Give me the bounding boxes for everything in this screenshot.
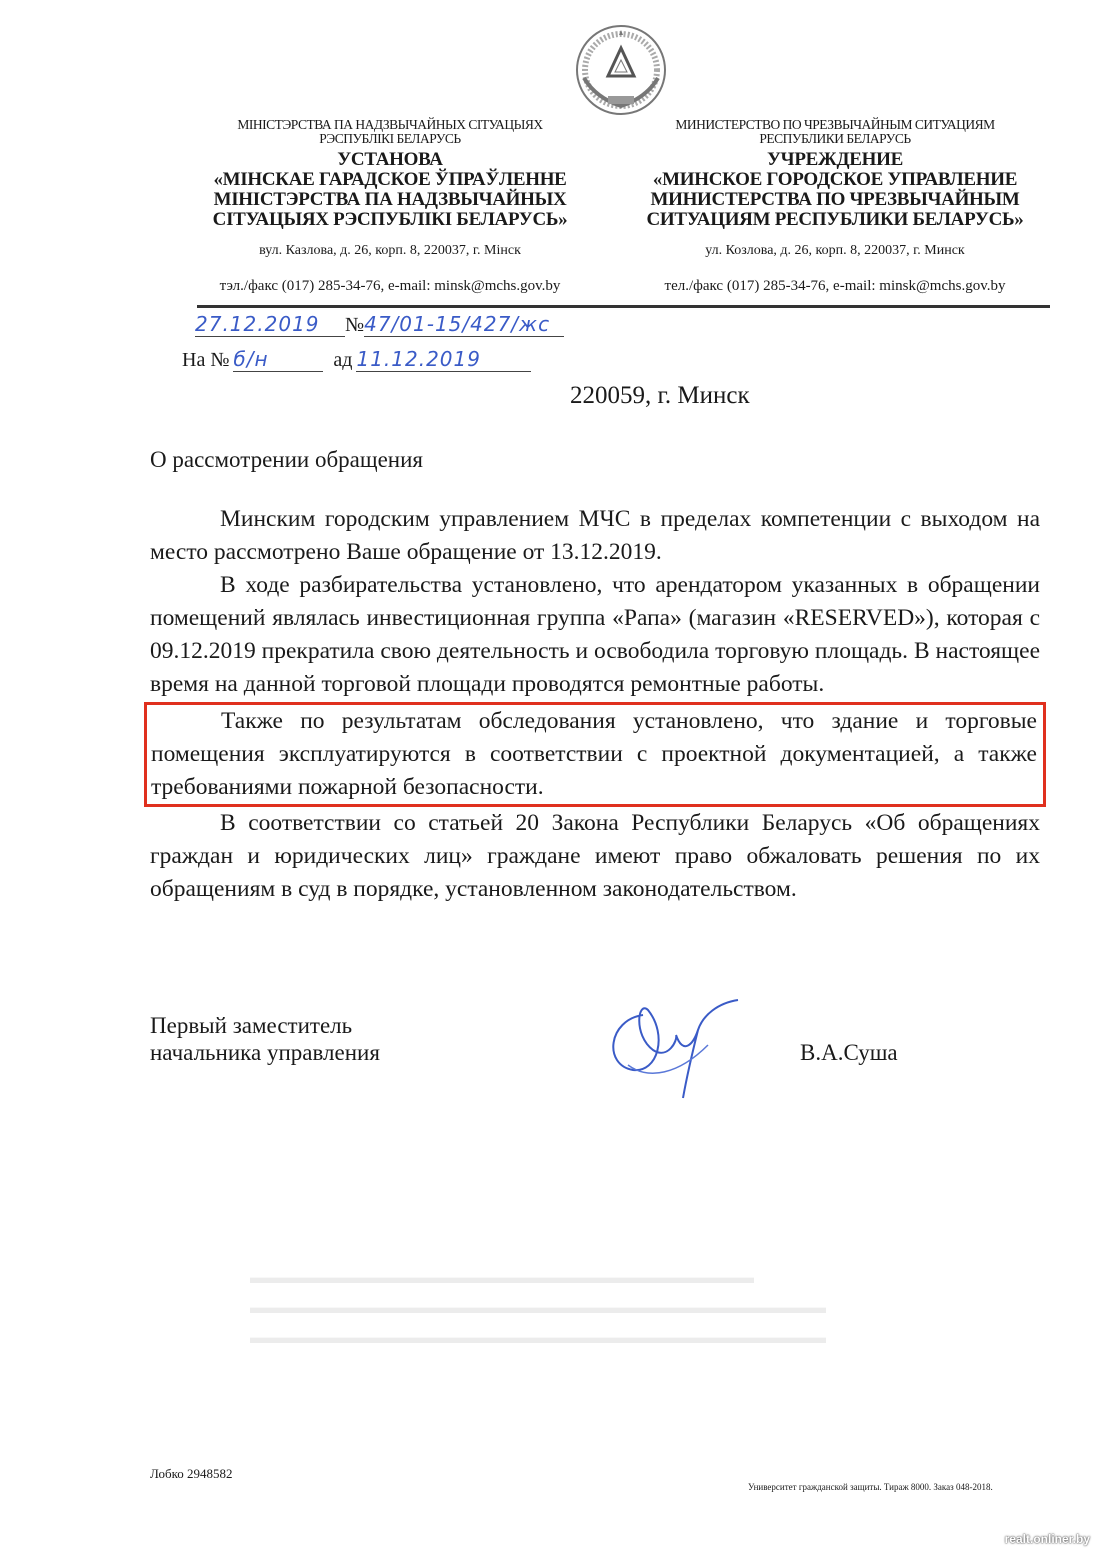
- ministry-name: МІНІСТЭРСТВА ПА НАДЗВЫЧАЙНЫХ СІТУАЦЫЯХ: [190, 118, 590, 132]
- org-type: УЧРЕЖДЕНИЕ: [630, 150, 1040, 170]
- highlight-box: Также по результатам обследования устано…: [144, 702, 1046, 807]
- country-name: РЭСПУБЛІКІ БЕЛАРУСЬ: [190, 132, 590, 146]
- reply-to-date: 11.12.2019: [356, 347, 531, 372]
- org-contacts: тэл./факс (017) 285-34-76, e-mail: minsk…: [190, 279, 590, 295]
- org-name-line: МІНІСТЭРСТВА ПА НАДЗВЫЧАЙНЫХ: [190, 190, 590, 210]
- org-type: УСТАНОВА: [190, 150, 590, 170]
- show-through-text: ▬▬▬▬▬▬▬▬▬▬▬▬▬▬▬▬▬▬▬▬▬▬▬▬▬▬▬▬ ▬▬▬▬▬▬▬▬▬▬▬…: [250, 1262, 1050, 1352]
- position-line: начальника управления: [150, 1039, 380, 1066]
- belarus-state-emblem-icon: [566, 18, 676, 122]
- header-divider: [197, 305, 1050, 308]
- body-paragraph: В ходе разбирательства установлено, что …: [150, 569, 1040, 701]
- signatory-name: В.А.Суша: [800, 1040, 898, 1066]
- org-name-line: МИНИСТЕРСТВА ПО ЧРЕЗВЫЧАЙНЫМ: [630, 190, 1040, 210]
- reply-reference-line: На № б/н ад 11.12.2019: [182, 347, 531, 372]
- org-address: вул. Казлова, д. 26, корп. 8, 220037, г.…: [190, 244, 590, 259]
- org-name-line: СИТУАЦИЯМ РЕСПУБЛИКИ БЕЛАРУСЬ»: [630, 210, 1040, 230]
- body-paragraph: В соответствии со статьей 20 Закона Респ…: [150, 807, 1040, 906]
- org-name-line: «МИНСКОЕ ГОРОДСКОЕ УПРАВЛЕНИЕ: [630, 170, 1040, 190]
- country-name: РЕСПУБЛИКИ БЕЛАРУСЬ: [630, 132, 1040, 146]
- registration-line: 27.12.2019№47/01-15/427/жс: [195, 312, 564, 337]
- header-left-belarusian: МІНІСТЭРСТВА ПА НАДЗВЫЧАЙНЫХ СІТУАЦЫЯХ Р…: [190, 118, 590, 295]
- body-paragraph: Минским городским управлением МЧС в пред…: [150, 503, 1040, 569]
- from-label: ад: [333, 349, 352, 371]
- letter-subject: О рассмотрении обращения: [150, 447, 423, 473]
- reply-to-number: б/н: [233, 347, 323, 372]
- org-name-line: СІТУАЦЫЯХ РЭСПУБЛІКІ БЕЛАРУСЬ»: [190, 210, 590, 230]
- number-label: №: [345, 314, 364, 336]
- org-contacts: тел./факс (017) 285-34-76, e-mail: minsk…: [630, 279, 1040, 295]
- source-watermark: realt.onliner.by: [1005, 1532, 1090, 1546]
- outgoing-number: 47/01-15/427/жс: [364, 312, 564, 337]
- letter-body: Минским городским управлением МЧС в пред…: [150, 503, 1040, 906]
- handwritten-signature-icon: [598, 995, 748, 1105]
- signatory-position: Первый заместитель начальника управления: [150, 1012, 380, 1066]
- ministry-name: МИНИСТЕРСТВО ПО ЧРЕЗВЫЧАЙНЫМ СИТУАЦИЯМ: [630, 118, 1040, 132]
- org-address: ул. Козлова, д. 26, корп. 8, 220037, г. …: [630, 244, 1040, 259]
- outgoing-date: 27.12.2019: [195, 312, 345, 337]
- printer-info: Университет гражданской защиты. Тираж 80…: [748, 1482, 993, 1492]
- executor-info: Лобко 2948582: [150, 1466, 233, 1482]
- header-right-russian: МИНИСТЕРСТВО ПО ЧРЕЗВЫЧАЙНЫМ СИТУАЦИЯМ Р…: [630, 118, 1040, 295]
- position-line: Первый заместитель: [150, 1012, 380, 1039]
- org-name-line: «МІНСКАЕ ГАРАДСКОЕ ЎПРАЎЛЕННЕ: [190, 170, 590, 190]
- body-paragraph-highlighted: Также по результатам обследования устано…: [151, 705, 1037, 804]
- reply-to-label: На №: [182, 349, 229, 371]
- recipient-city: 220059, г. Минск: [570, 382, 750, 410]
